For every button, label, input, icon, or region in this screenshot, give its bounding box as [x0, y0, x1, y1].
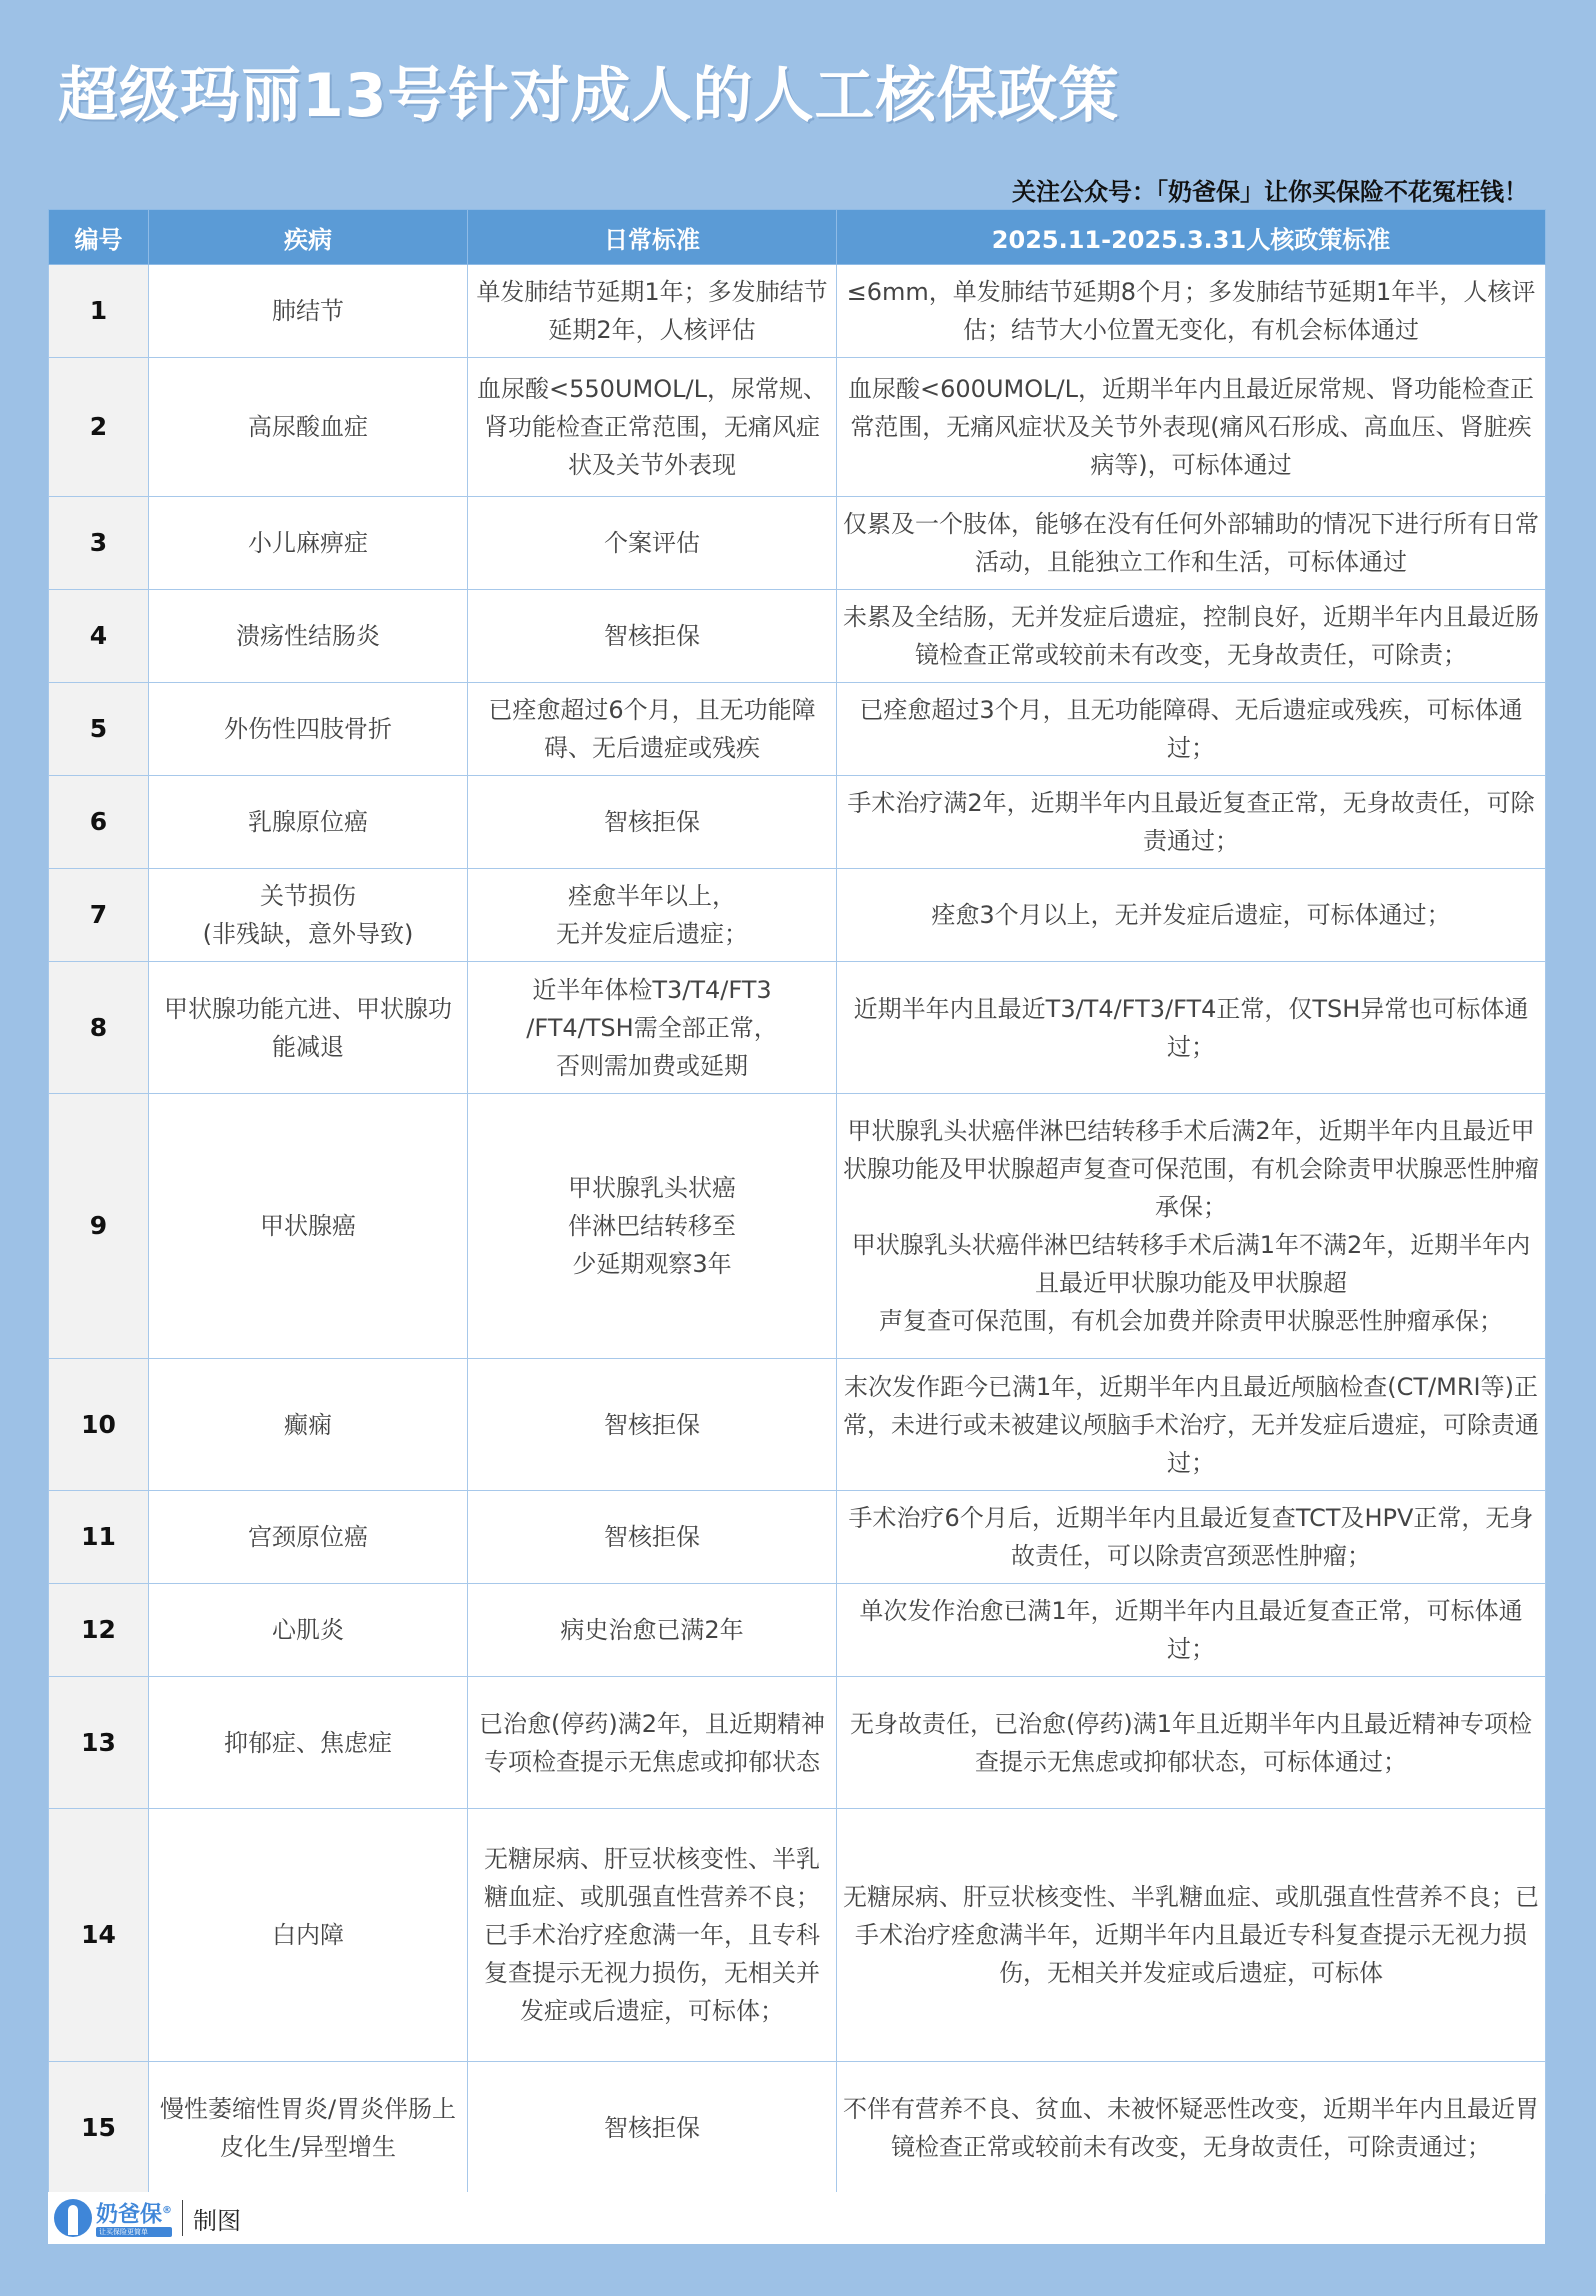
table-row: 11宫颈原位癌智核拒保手术治疗6个月后，近期半年内且最近复查TCT及HPV正常，… [49, 1491, 1546, 1584]
underwriting-table: 编号 疾病 日常标准 2025.11-2025.3.31人核政策标准 1肺结节单… [48, 209, 1546, 2194]
table-row: 2高尿酸血症血尿酸<550UMOL/L，尿常规、肾功能检查正常范围，无痛风症状及… [49, 358, 1546, 497]
row-number: 10 [49, 1359, 149, 1491]
footer-divider [182, 2200, 183, 2236]
row-number: 2 [49, 358, 149, 497]
disease-cell: 抑郁症、焦虑症 [149, 1677, 468, 1809]
parent-child-icon [54, 2199, 92, 2237]
disease-cell: 慢性萎缩性胃炎/胃炎伴肠上皮化生/异型增生 [149, 2062, 468, 2194]
policy-standard-cell: 痊愈3个月以上，无并发症后遗症，可标体通过； [837, 869, 1546, 962]
disease-cell: 乳腺原位癌 [149, 776, 468, 869]
policy-standard-cell: 无糖尿病、肝豆状核变性、半乳糖血症、或肌强直性营养不良；已手术治疗痊愈满半年，近… [837, 1809, 1546, 2062]
col-header-disease: 疾病 [149, 210, 468, 265]
table-row: 9甲状腺癌甲状腺乳头状癌 伴淋巴结转移至 少延期观察3年甲状腺乳头状癌伴淋巴结转… [49, 1094, 1546, 1359]
disease-cell: 宫颈原位癌 [149, 1491, 468, 1584]
policy-standard-cell: 无身故责任，已治愈(停药)满1年且近期半年内且最近精神专项检查提示无焦虑或抑郁状… [837, 1677, 1546, 1809]
row-number: 1 [49, 265, 149, 358]
row-number: 14 [49, 1809, 149, 2062]
daily-standard-cell: 病史治愈已满2年 [468, 1584, 837, 1677]
col-header-policy-standard: 2025.11-2025.3.31人核政策标准 [837, 210, 1546, 265]
row-number: 6 [49, 776, 149, 869]
table-row: 7关节损伤 (非残缺，意外导致)痊愈半年以上， 无并发症后遗症；痊愈3个月以上，… [49, 869, 1546, 962]
policy-standard-cell: ≤6mm，单发肺结节延期8个月；多发肺结节延期1年半，人核评估；结节大小位置无变… [837, 265, 1546, 358]
policy-standard-cell: 甲状腺乳头状癌伴淋巴结转移手术后满2年，近期半年内且最近甲状腺功能及甲状腺超声复… [837, 1094, 1546, 1359]
daily-standard-cell: 智核拒保 [468, 1359, 837, 1491]
logo-slogan: 让买保险更简单 [96, 2227, 172, 2237]
row-number: 3 [49, 497, 149, 590]
policy-standard-cell: 已痊愈超过3个月，且无功能障碍、无后遗症或残疾，可标体通过； [837, 683, 1546, 776]
daily-standard-cell: 已痊愈超过6个月，且无功能障碍、无后遗症或残疾 [468, 683, 837, 776]
row-number: 12 [49, 1584, 149, 1677]
policy-standard-cell: 手术治疗6个月后，近期半年内且最近复查TCT及HPV正常，无身故责任，可以除责宫… [837, 1491, 1546, 1584]
underwriting-table-container: 编号 疾病 日常标准 2025.11-2025.3.31人核政策标准 1肺结节单… [48, 209, 1545, 2194]
table-row: 4溃疡性结肠炎智核拒保未累及全结肠，无并发症后遗症，控制良好，近期半年内且最近肠… [49, 590, 1546, 683]
disease-cell: 甲状腺癌 [149, 1094, 468, 1359]
daily-standard-cell: 智核拒保 [468, 590, 837, 683]
daily-standard-cell: 智核拒保 [468, 776, 837, 869]
table-row: 5外伤性四肢骨折已痊愈超过6个月，且无功能障碍、无后遗症或残疾已痊愈超过3个月，… [49, 683, 1546, 776]
table-row: 3小儿麻痹症个案评估仅累及一个肢体，能够在没有任何外部辅助的情况下进行所有日常活… [49, 497, 1546, 590]
daily-standard-cell: 痊愈半年以上， 无并发症后遗症； [468, 869, 837, 962]
col-header-number: 编号 [49, 210, 149, 265]
disease-cell: 关节损伤 (非残缺，意外导致) [149, 869, 468, 962]
daily-standard-cell: 智核拒保 [468, 2062, 837, 2194]
table-row: 15慢性萎缩性胃炎/胃炎伴肠上皮化生/异型增生智核拒保不伴有营养不良、贫血、未被… [49, 2062, 1546, 2194]
daily-standard-cell: 甲状腺乳头状癌 伴淋巴结转移至 少延期观察3年 [468, 1094, 837, 1359]
daily-standard-cell: 个案评估 [468, 497, 837, 590]
page-title: 超级玛丽13号针对成人的人工核保政策 [58, 48, 1120, 134]
row-number: 13 [49, 1677, 149, 1809]
row-number: 7 [49, 869, 149, 962]
table-row: 8甲状腺功能亢进、甲状腺功能减退近半年体检T3/T4/FT3 /FT4/TSH需… [49, 962, 1546, 1094]
policy-standard-cell: 末次发作距今已满1年，近期半年内且最近颅脑检查(CT/MRI等)正常，未进行或未… [837, 1359, 1546, 1491]
table-row: 10癫痫智核拒保末次发作距今已满1年，近期半年内且最近颅脑检查(CT/MRI等)… [49, 1359, 1546, 1491]
daily-standard-cell: 无糖尿病、肝豆状核变性、半乳糖血症、或肌强直性营养不良； 已手术治疗痊愈满一年，… [468, 1809, 837, 2062]
disease-cell: 白内障 [149, 1809, 468, 2062]
disease-cell: 心肌炎 [149, 1584, 468, 1677]
disease-cell: 小儿麻痹症 [149, 497, 468, 590]
made-by-label: 制图 [193, 2201, 241, 2236]
table-row: 13抑郁症、焦虑症已治愈(停药)满2年，且近期精神专项检查提示无焦虑或抑郁状态无… [49, 1677, 1546, 1809]
policy-standard-cell: 单次发作治愈已满1年，近期半年内且最近复查正常，可标体通过； [837, 1584, 1546, 1677]
row-number: 4 [49, 590, 149, 683]
footer: 奶爸保® 让买保险更简单 制图 [48, 2192, 1545, 2244]
policy-standard-cell: 未累及全结肠，无并发症后遗症，控制良好，近期半年内且最近肠镜检查正常或较前未有改… [837, 590, 1546, 683]
row-number: 11 [49, 1491, 149, 1584]
policy-standard-cell: 仅累及一个肢体，能够在没有任何外部辅助的情况下进行所有日常活动，且能独立工作和生… [837, 497, 1546, 590]
subscribe-notice: 关注公众号：「奶爸保」让你买保险不花冤枉钱！ [1012, 172, 1528, 207]
disease-cell: 高尿酸血症 [149, 358, 468, 497]
table-row: 6乳腺原位癌智核拒保手术治疗满2年，近期半年内且最近复查正常，无身故责任，可除责… [49, 776, 1546, 869]
table-row: 12心肌炎病史治愈已满2年单次发作治愈已满1年，近期半年内且最近复查正常，可标体… [49, 1584, 1546, 1677]
table-row: 14白内障无糖尿病、肝豆状核变性、半乳糖血症、或肌强直性营养不良； 已手术治疗痊… [49, 1809, 1546, 2062]
policy-standard-cell: 血尿酸<600UMOL/L，近期半年内且最近尿常规、肾功能检查正常范围，无痛风症… [837, 358, 1546, 497]
policy-standard-cell: 不伴有营养不良、贫血、未被怀疑恶性改变，近期半年内且最近胃镜检查正常或较前未有改… [837, 2062, 1546, 2194]
disease-cell: 癫痫 [149, 1359, 468, 1491]
brand-logo: 奶爸保® 让买保险更简单 [54, 2199, 172, 2237]
daily-standard-cell: 单发肺结节延期1年；多发肺结节延期2年，人核评估 [468, 265, 837, 358]
row-number: 8 [49, 962, 149, 1094]
daily-standard-cell: 近半年体检T3/T4/FT3 /FT4/TSH需全部正常， 否则需加费或延期 [468, 962, 837, 1094]
col-header-daily-standard: 日常标准 [468, 210, 837, 265]
table-header-row: 编号 疾病 日常标准 2025.11-2025.3.31人核政策标准 [49, 210, 1546, 265]
row-number: 15 [49, 2062, 149, 2194]
policy-standard-cell: 近期半年内且最近T3/T4/FT3/FT4正常，仅TSH异常也可标体通过； [837, 962, 1546, 1094]
policy-standard-cell: 手术治疗满2年，近期半年内且最近复查正常，无身故责任，可除责通过； [837, 776, 1546, 869]
disease-cell: 外伤性四肢骨折 [149, 683, 468, 776]
logo-name: 奶爸保® [96, 2199, 172, 2227]
disease-cell: 甲状腺功能亢进、甲状腺功能减退 [149, 962, 468, 1094]
daily-standard-cell: 智核拒保 [468, 1491, 837, 1584]
row-number: 5 [49, 683, 149, 776]
daily-standard-cell: 已治愈(停药)满2年，且近期精神专项检查提示无焦虑或抑郁状态 [468, 1677, 837, 1809]
table-row: 1肺结节单发肺结节延期1年；多发肺结节延期2年，人核评估≤6mm，单发肺结节延期… [49, 265, 1546, 358]
disease-cell: 肺结节 [149, 265, 468, 358]
row-number: 9 [49, 1094, 149, 1359]
disease-cell: 溃疡性结肠炎 [149, 590, 468, 683]
daily-standard-cell: 血尿酸<550UMOL/L，尿常规、肾功能检查正常范围，无痛风症状及关节外表现 [468, 358, 837, 497]
